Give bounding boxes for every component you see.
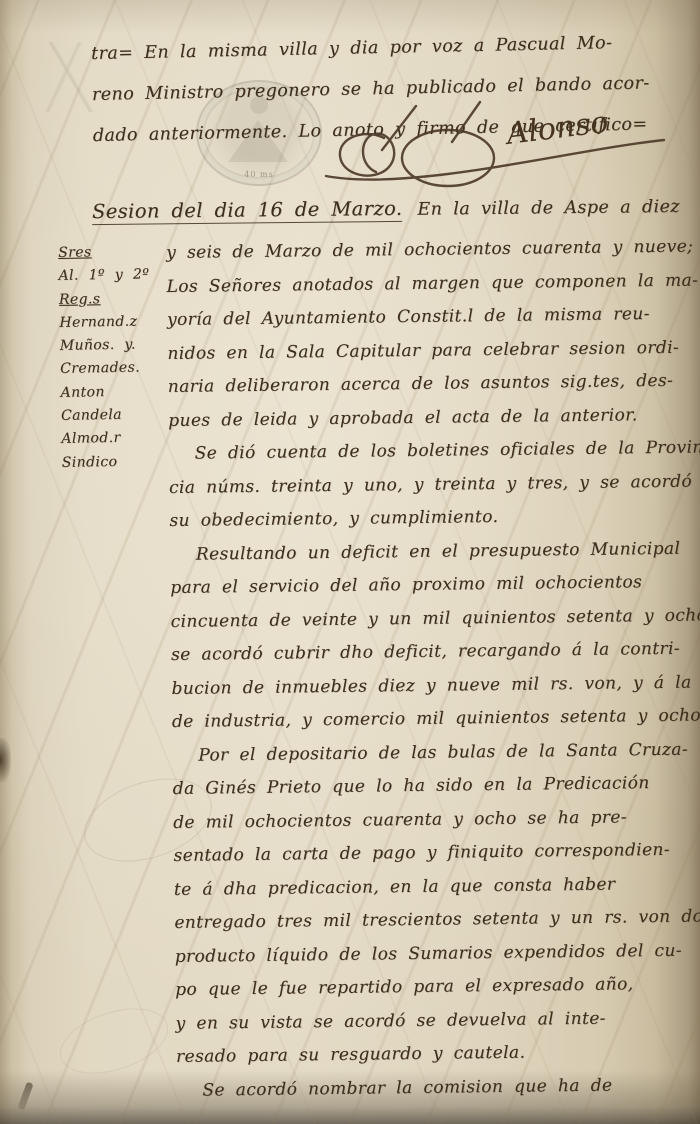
body-line: Se acordó nombrar la comision que ha de <box>176 1068 700 1108</box>
body-line: para el servicio del año proximo mil och… <box>170 566 696 606</box>
body-line: entregado tres mil trescientos setenta y… <box>174 901 700 941</box>
margin-item: Al. 1º y 2º <box>58 263 164 288</box>
seal-value-text: 40 ms <box>198 170 320 179</box>
attendees-margin-list: Sres Al. 1º y 2º Reg.s Hernand.z Muños. … <box>58 240 168 475</box>
body-line: po que le fue repartido para el expresad… <box>175 968 700 1008</box>
body-line: sentado la carta de pago y finiquito cor… <box>173 834 699 874</box>
margin-item: Sres <box>58 240 164 265</box>
margin-item: Almod.r <box>61 426 167 451</box>
margin-item: Hernand.z <box>59 310 165 335</box>
body-line: Se dió cuenta de los boletines oficiales… <box>168 432 694 472</box>
pencil-mark-bottom-left <box>17 1082 33 1111</box>
session-heading: Sesion del dia 16 de Marzo. <box>92 197 403 225</box>
margin-item: Sindico <box>62 450 168 475</box>
margin-item: Cremades. <box>60 357 166 382</box>
body-line: y seis de Marzo de mil ochocientos cuare… <box>166 231 692 271</box>
session-heading-continuation: En la villa de Aspe a diez <box>417 197 680 220</box>
faint-stain <box>52 996 176 1086</box>
margin-item: Muños. y. <box>60 333 166 358</box>
body-line: cia núms. treinta y uno, y treinta y tre… <box>169 465 695 505</box>
signature-loop-small <box>340 134 394 176</box>
body-line: naria deliberaron acerca de los asuntos … <box>168 365 694 405</box>
body-line: de industria, y comercio mil quinientos … <box>172 700 698 740</box>
margin-item: Candela <box>61 403 167 428</box>
margin-item: Reg.s <box>59 287 165 312</box>
minutes-body: y seis de Marzo de mil ochocientos cuare… <box>166 231 700 1108</box>
manuscript-page: 40 ms tra= En la misma villa y dia por v… <box>0 0 700 1124</box>
signature-name: Alonso <box>502 105 611 153</box>
body-line: se acordó cubrir dho deficit, recargando… <box>171 633 697 673</box>
body-line: yoría del Ayuntamiento Constit.l de la m… <box>167 298 693 338</box>
margin-item: Anton <box>60 380 166 405</box>
ink-blot-left-edge <box>0 738 11 782</box>
signature-rubric: Alonso <box>320 98 670 203</box>
session-heading-row: Sesion del dia 16 de Marzo. En la villa … <box>92 194 687 225</box>
signature-stroke <box>382 106 416 150</box>
